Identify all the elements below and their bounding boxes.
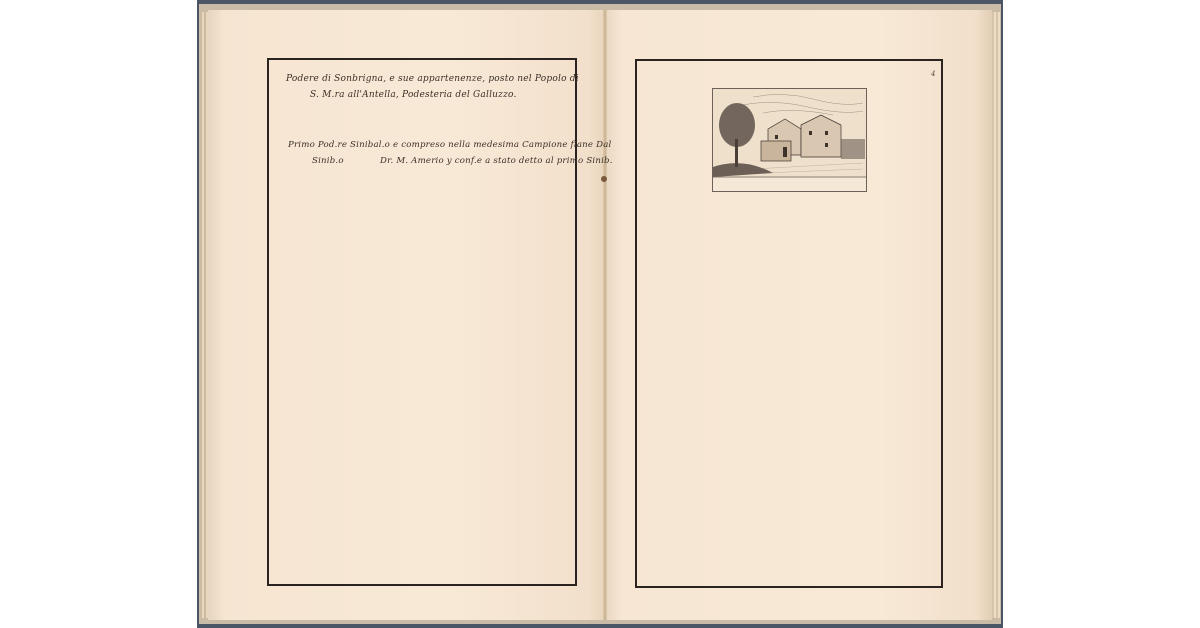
left-page-frame	[267, 58, 577, 586]
farmhouse-illustration-icon	[713, 89, 866, 191]
book-gutter	[603, 10, 607, 620]
entry-line-1: Primo Pod.re Sinibal.o e compreso nella …	[288, 140, 612, 150]
entry-line-2: Dr. M. Amerio y conf.e a stato detto al …	[380, 156, 613, 166]
binding-thread	[601, 176, 607, 182]
folio-number: 4	[931, 70, 935, 78]
heading-line-1: Podere di Sonbrigna, e sue appartenenze,…	[286, 74, 579, 84]
farmhouse-etching	[712, 88, 867, 192]
entry-label: Sinib.o	[312, 156, 344, 166]
heading-line-2: S. M.ra all'Antella, Podesteria del Gall…	[310, 90, 517, 100]
